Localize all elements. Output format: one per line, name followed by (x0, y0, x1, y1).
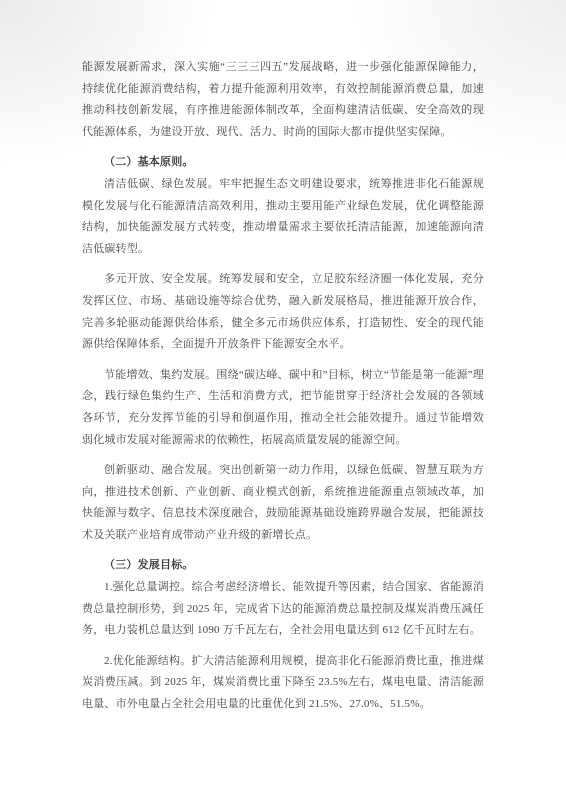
paragraph-diversified-open-secure-development: 多元开放、安全发展。统筹发展和安全，立足胶东经济圈一体化发展，充分发挥区位、市场… (82, 269, 484, 355)
paragraph-goal-1-total-volume-control: 1.强化总量调控。综合考虑经济增长、能效提升等因素，结合国家、省能源消费总量控制… (82, 577, 484, 642)
document-page: 能源发展新需求，深入实施“三三三四五”发展战略，进一步强化能源保障能力，持续优化… (0, 0, 566, 800)
paragraph-continuation-energy-demand: 能源发展新需求，深入实施“三三三四五”发展战略，进一步强化能源保障能力，持续优化… (82, 57, 484, 143)
document-content: 能源发展新需求，深入实施“三三三四五”发展战略，进一步强化能源保障能力，持续优化… (0, 0, 566, 716)
section-heading-basic-principles: （二）基本原则。 (82, 152, 484, 174)
paragraph-clean-low-carbon-green-development: 清洁低碳、绿色发展。牢牢把握生态文明建设要求，统筹推进非化石能源规模化发展与化石… (82, 174, 484, 260)
paragraph-goal-2-optimize-energy-structure: 2.优化能源结构。扩大清洁能源利用规模，提高非化石能源消费比重，推进煤炭消费压减… (82, 651, 484, 716)
paragraph-innovation-driven-integrated-development: 创新驱动、融合发展。突出创新第一动力作用，以绿色低碳、智慧互联为方向，推进技术创… (82, 460, 484, 546)
paragraph-energy-saving-intensive-development: 节能增效、集约发展。围绕“碳达峰、碳中和”目标，树立“节能是第一能源”理念，践行… (82, 365, 484, 451)
section-heading-development-goals: （三）发展目标。 (82, 555, 484, 577)
